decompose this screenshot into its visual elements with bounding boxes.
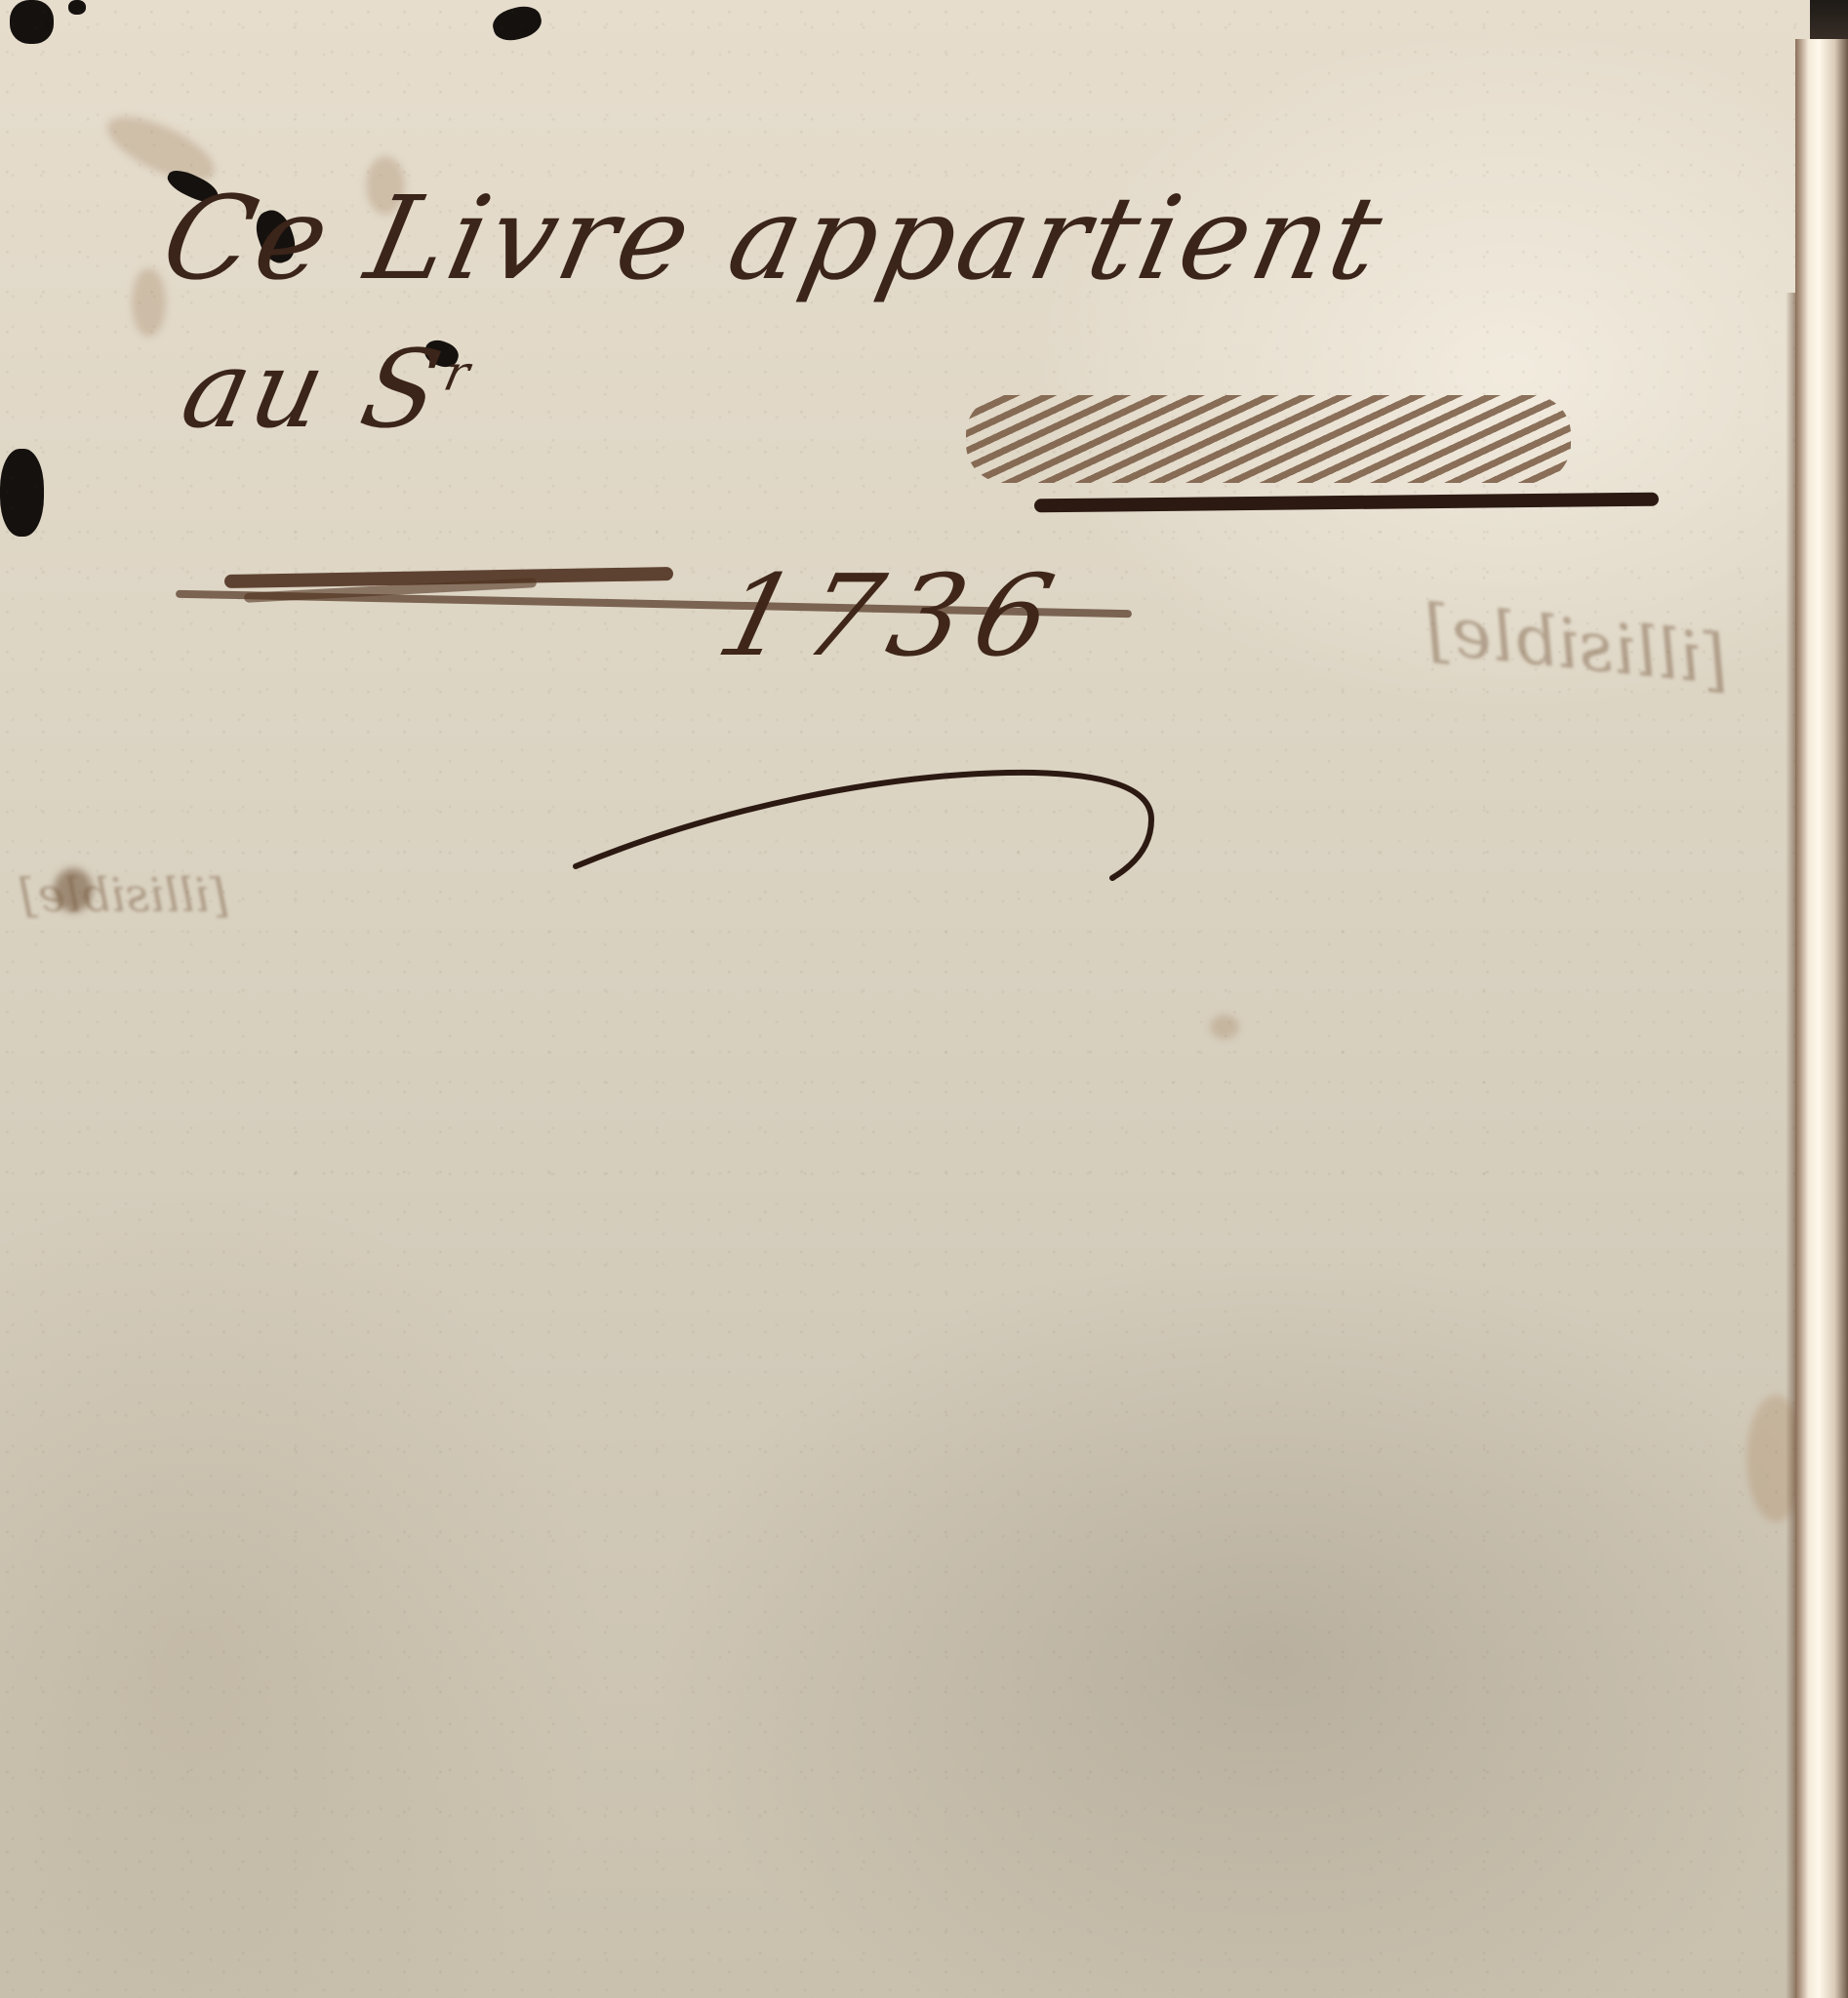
worm-hole bbox=[10, 0, 54, 44]
inscription-date: 1736 bbox=[705, 551, 1078, 682]
ink-scribble-strikeout bbox=[966, 395, 1571, 483]
worm-hole bbox=[68, 0, 86, 15]
foxing-stain bbox=[1210, 1015, 1239, 1039]
flyleaf-page: Ce Livre appartient au Sr [nom rayé] [ra… bbox=[0, 0, 1810, 1998]
inscription-line-2: au Sr bbox=[172, 327, 482, 452]
ink-underline bbox=[1034, 493, 1659, 513]
bleed-through-text: [illisible] bbox=[20, 868, 227, 923]
inscription-au-sieur: au S bbox=[172, 327, 455, 452]
book-page-photo: Ce Livre appartient au Sr [nom rayé] [ra… bbox=[0, 0, 1848, 1998]
worm-hole bbox=[0, 449, 44, 537]
worm-hole bbox=[490, 2, 545, 45]
bleed-through-text: [illisible] bbox=[1422, 589, 1732, 700]
ink-flourish bbox=[566, 751, 1171, 888]
book-gutter bbox=[1795, 39, 1848, 1998]
inscription-line-1: Ce Livre appartient bbox=[151, 171, 1396, 305]
